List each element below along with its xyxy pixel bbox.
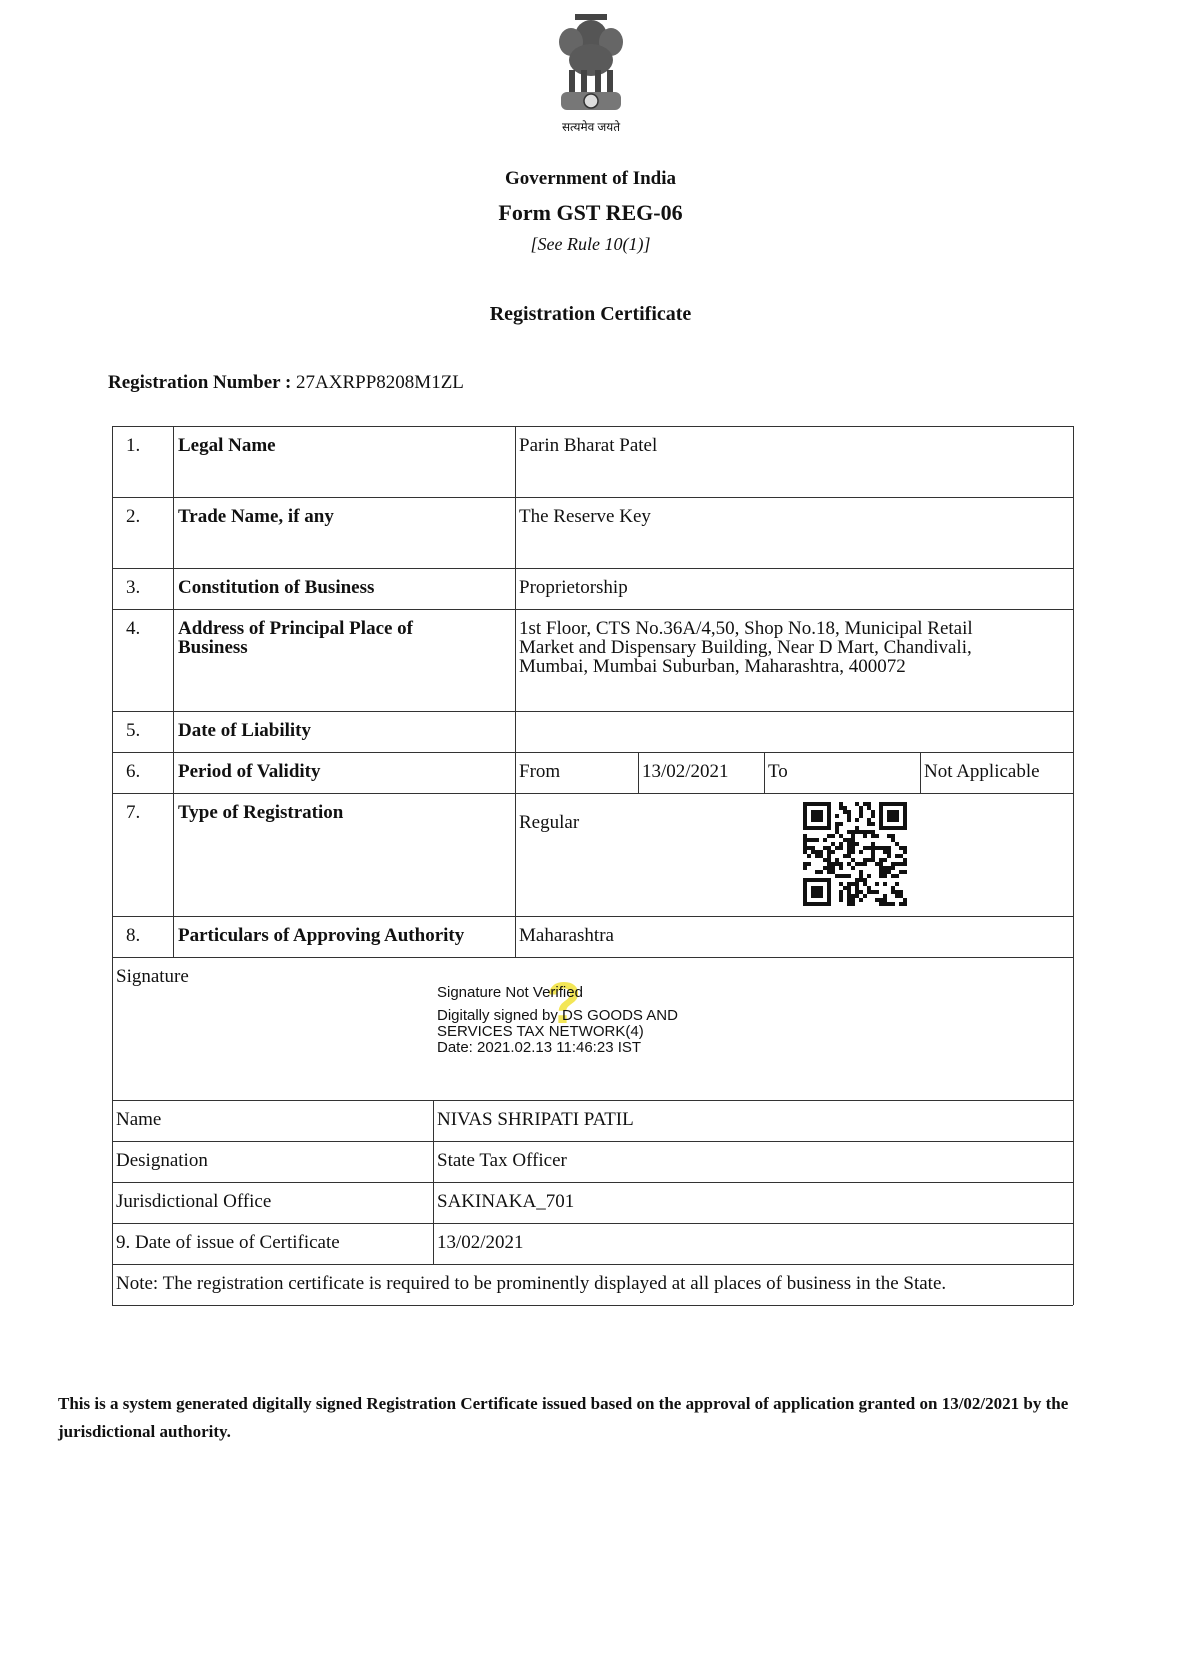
date-of-issue-label: 9. Date of issue of Certificate <box>116 1233 340 1252</box>
signature-status: Signature Not Verified <box>437 985 678 1001</box>
government-heading: Government of India <box>0 168 1181 190</box>
row-number: 5. <box>126 721 140 740</box>
signature-date: Date: 2021.02.13 11:46:23 IST <box>437 1040 678 1056</box>
divider <box>433 1100 434 1264</box>
approving-authority-value: Maharashtra <box>519 926 614 945</box>
divider <box>112 1305 1073 1306</box>
constitution-label: Constitution of Business <box>178 578 374 597</box>
jurisdictional-office-value: SAKINAKA_701 <box>437 1192 574 1211</box>
designation-label: Designation <box>116 1151 208 1170</box>
row-number: 2. <box>126 507 140 526</box>
divider <box>112 793 1073 794</box>
trade-name-label: Trade Name, if any <box>178 507 334 526</box>
approving-authority-label: Particulars of Approving Authority <box>178 926 464 945</box>
divider <box>920 752 921 793</box>
divider <box>112 957 1073 958</box>
validity-from-value: 13/02/2021 <box>642 762 729 781</box>
motto: सत्यमेव जयते <box>540 118 642 135</box>
row-number: 7. <box>126 803 140 822</box>
digital-signature-block[interactable]: Signature Not Verified Digitally signed … <box>437 985 678 1056</box>
officer-name-value: NIVAS SHRIPATI PATIL <box>437 1110 634 1129</box>
divider <box>1073 426 1074 1305</box>
divider <box>112 1182 1073 1183</box>
divider <box>112 711 1073 712</box>
divider <box>764 752 765 793</box>
address-value: 1st Floor, CTS No.36A/4,50, Shop No.18, … <box>519 619 1019 676</box>
designation-value: State Tax Officer <box>437 1151 567 1170</box>
qr-code-icon <box>803 802 907 906</box>
signed-by-line1: Digitally signed by DS GOODS AND <box>437 1008 678 1024</box>
form-title: Form GST REG-06 <box>0 200 1181 226</box>
registration-number-value: 27AXRPP8208M1ZL <box>296 372 464 393</box>
validity-to-value: Not Applicable <box>924 762 1040 781</box>
legal-name-label: Legal Name <box>178 436 276 455</box>
divider <box>515 426 516 957</box>
jurisdictional-office-label: Jurisdictional Office <box>116 1192 271 1211</box>
national-emblem-icon <box>553 10 629 128</box>
officer-name-label: Name <box>116 1110 161 1129</box>
trade-name-value: The Reserve Key <box>519 507 651 526</box>
divider <box>112 1223 1073 1224</box>
divider <box>112 1141 1073 1142</box>
divider <box>112 609 1073 610</box>
divider <box>173 426 174 957</box>
date-of-issue-value: 13/02/2021 <box>437 1233 524 1252</box>
period-of-validity-label: Period of Validity <box>178 762 321 781</box>
divider <box>112 497 1073 498</box>
registration-number-label: Registration Number : <box>108 372 291 393</box>
row-number: 6. <box>126 762 140 781</box>
divider <box>112 752 1073 753</box>
signed-by-line2: SERVICES TAX NETWORK(4) <box>437 1024 678 1040</box>
row-number: 3. <box>126 578 140 597</box>
display-note: Note: The registration certificate is re… <box>116 1274 946 1293</box>
footer-statement: This is a system generated digitally sig… <box>58 1390 1138 1446</box>
divider <box>112 1264 1073 1265</box>
divider <box>112 1100 1073 1101</box>
validity-from-label: From <box>519 762 560 781</box>
validity-to-label: To <box>768 762 788 781</box>
divider <box>112 426 1073 427</box>
row-number: 1. <box>126 436 140 455</box>
rule-reference: [See Rule 10(1)] <box>0 234 1181 255</box>
registration-number: Registration Number : 27AXRPP8208M1ZL <box>108 372 464 394</box>
date-of-liability-label: Date of Liability <box>178 721 311 740</box>
divider <box>112 916 1073 917</box>
type-of-registration-label: Type of Registration <box>178 803 343 822</box>
divider <box>112 568 1073 569</box>
divider <box>638 752 639 793</box>
type-of-registration-value: Regular <box>519 813 579 832</box>
constitution-value: Proprietorship <box>519 578 628 597</box>
row-number: 8. <box>126 926 140 945</box>
divider <box>112 426 113 1305</box>
address-label: Address of Principal Place of Business <box>178 619 478 657</box>
row-number: 4. <box>126 619 140 638</box>
certificate-title: Registration Certificate <box>0 303 1181 326</box>
legal-name-value: Parin Bharat Patel <box>519 436 657 455</box>
signature-label: Signature <box>116 967 189 986</box>
